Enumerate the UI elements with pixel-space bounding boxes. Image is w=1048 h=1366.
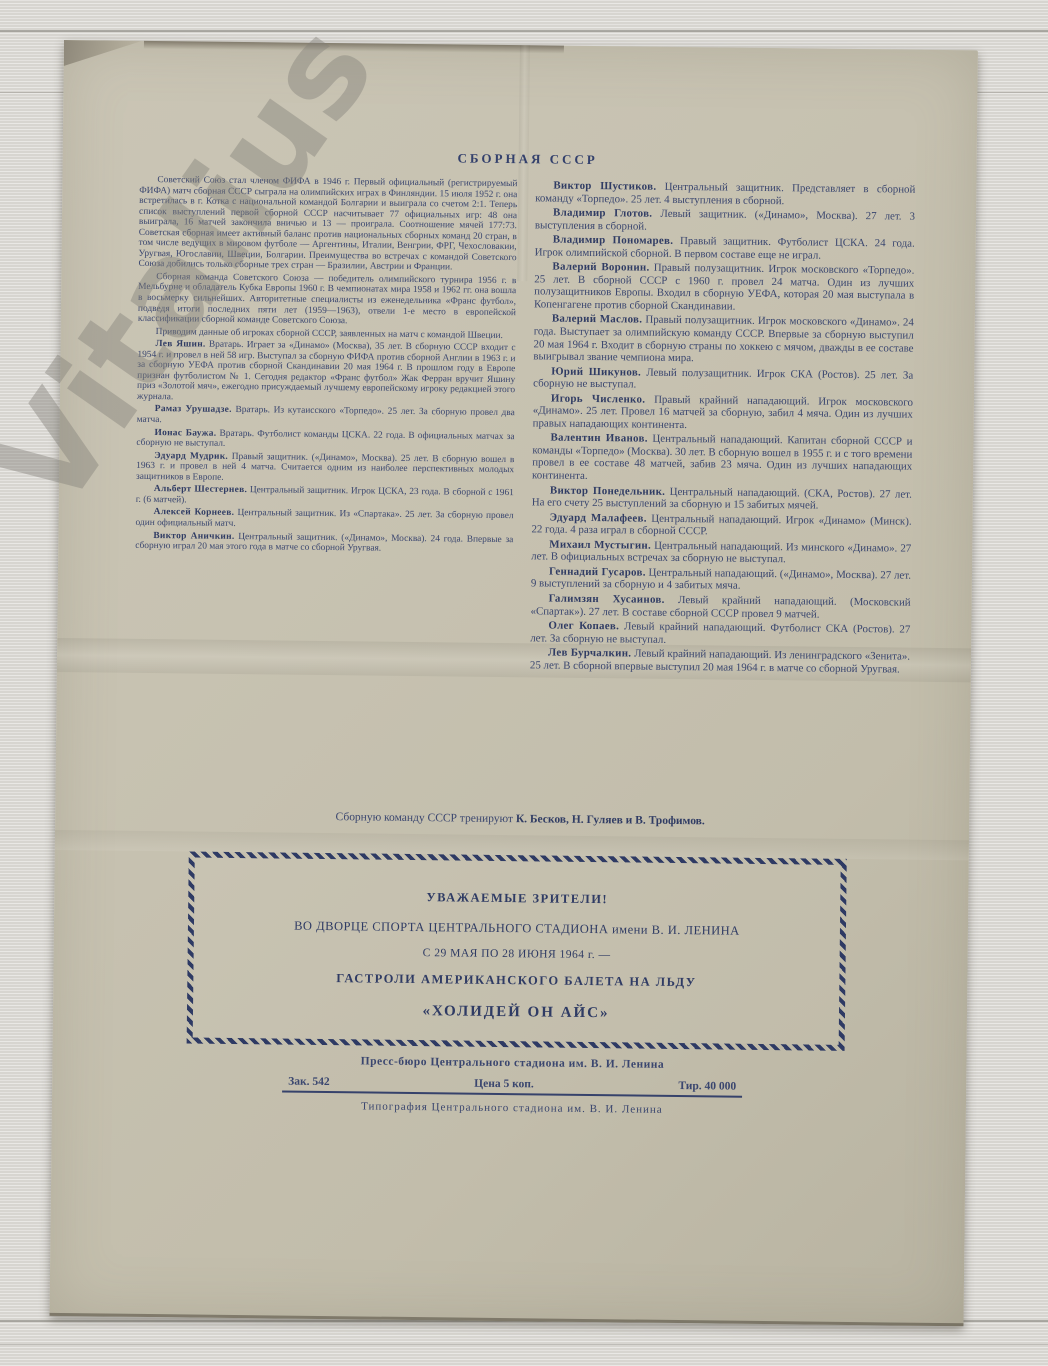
- circulation: Тир. 40 000: [678, 1080, 736, 1093]
- player-name: Виктор Шустиков.: [553, 180, 656, 193]
- photo-of-program: { "watermark": "Vitalius", "page": { "ti…: [0, 0, 1048, 1366]
- announcement-show-name: «ХОЛИДЕЙ ОН АЙС»: [193, 1001, 839, 1025]
- player-name: Валерий Воронин.: [552, 261, 649, 274]
- announcement-heading: УВАЖАЕМЫЕ ЗРИТЕЛИ!: [194, 888, 840, 910]
- announcement-venue: ВО ДВОРЦЕ СПОРТА ЦЕНТРАЛЬНОГО СТАДИОНА и…: [194, 918, 840, 940]
- surface-seam: [0, 1344, 1048, 1345]
- right-column: Виктор Шустиков. Центральный защитник. П…: [528, 179, 915, 835]
- player-name: Эдуард Мудрик.: [154, 451, 228, 462]
- player-name: Валерий Маслов.: [552, 313, 643, 326]
- player-entry: Михаил Мустыгин. Центральный нападающий.…: [531, 538, 911, 567]
- trainers-names: К. Бесков, Н. Гуляев и В. Трофимов.: [516, 813, 705, 827]
- paper-smudge: [144, 41, 564, 54]
- player-name: Альберт Шестернев.: [154, 484, 247, 495]
- player-entry: Лев Бурчалкин. Левый крайний нападающий.…: [530, 646, 910, 675]
- announcement-content: УВАЖАЕМЫЕ ЗРИТЕЛИ! ВО ДВОРЦЕ СПОРТА ЦЕНТ…: [193, 858, 841, 1045]
- order-number: Зак. 542: [288, 1076, 330, 1088]
- player-name: Виктор Аничкин.: [153, 531, 234, 542]
- imprint-row: Зак. 542 Цена 5 коп. Тир. 40 000: [282, 1076, 742, 1093]
- player-entry: Эдуард Малафеев. Центральный нападающий.…: [531, 511, 911, 540]
- player-entry: Олег Копаев. Левый крайний нападающий. Ф…: [530, 619, 910, 648]
- player-name: Лев Яшин.: [155, 339, 205, 350]
- player-name: Игорь Численко.: [551, 392, 645, 405]
- player-name: Валентин Иванов.: [550, 432, 647, 445]
- player-entry: Владимир Пономарев. Правый защитник. Фут…: [535, 234, 915, 263]
- player-name: Михаил Мустыгин.: [549, 538, 651, 551]
- press-bureau-line: Пресс-бюро Центрального стадиона им. В. …: [282, 1055, 742, 1072]
- player-entry: Юрий Шикунов. Левый полузащитник. Игрок …: [533, 365, 913, 394]
- player-name: Виктор Понедельник.: [550, 484, 665, 497]
- player-name: Владимир Глотов.: [553, 207, 652, 220]
- printer-line: Типография Центрального стадиона им. В. …: [282, 1100, 742, 1117]
- player-entry: Виктор Шустиков. Центральный защитник. П…: [535, 179, 915, 208]
- announcement-event: ГАСТРОЛИ АМЕРИКАНСКОГО БАЛЕТА НА ЛЬДУ: [193, 970, 839, 992]
- player-entry: Валерий Маслов. Правый полузащитник. Игр…: [533, 313, 914, 367]
- surface-seam: [0, 30, 1048, 32]
- player-name: Лев Бурчалкин.: [548, 647, 631, 660]
- player-entry: Рамаз Урушадзе. Вратарь. Из кутаисского …: [137, 404, 515, 429]
- player-name: Владимир Пономарев.: [553, 234, 674, 247]
- player-entry: Алексей Корнеев. Центральный защитник. И…: [135, 507, 513, 532]
- folded-corner: [64, 40, 142, 67]
- player-entry: Альберт Шестернев. Центральный защитник.…: [136, 484, 514, 509]
- player-name: Галимзян Хусаинов.: [549, 592, 665, 605]
- player-name: Эдуард Малафеев.: [550, 511, 647, 524]
- intro-paragraph: Сборная команда Советского Союза — побед…: [138, 272, 517, 329]
- player-entry: Лев Яшин. Вратарь. Играет за «Динамо» (М…: [137, 339, 516, 407]
- player-entry: Валентин Иванов. Центральный нападающий.…: [532, 432, 913, 486]
- player-entry: Владимир Глотов. Левый защитник. («Динам…: [535, 206, 915, 235]
- player-entry: Геннадий Гусаров. Центральный нападающий…: [531, 565, 911, 594]
- player-entry: Эдуард Мудрик. Правый защитник. («Динамо…: [136, 451, 514, 487]
- player-name: Олег Копаев.: [548, 620, 619, 633]
- player-name: Юрий Шикунов.: [551, 365, 641, 378]
- announcement-dates: С 29 МАЯ ПО 28 ИЮНЯ 1964 г. —: [194, 945, 840, 964]
- player-entry: Галимзян Хусаинов. Левый крайний нападаю…: [530, 592, 910, 621]
- player-entry: Игорь Численко. Правый крайний нападающи…: [533, 392, 913, 434]
- player-entry: Валерий Воронин. Правый полузащитник. Иг…: [534, 261, 915, 315]
- player-name: Алексей Корнеев.: [154, 507, 235, 518]
- announcement-box: УВАЖАЕМЫЕ ЗРИТЕЛИ! ВО ДВОРЦЕ СПОРТА ЦЕНТ…: [187, 851, 847, 1050]
- player-name: Ионас Баужа.: [154, 428, 216, 439]
- price: Цена 5 коп.: [474, 1078, 534, 1091]
- player-entry: Виктор Понедельник. Центральный нападающ…: [532, 484, 912, 513]
- player-name: Геннадий Гусаров.: [549, 565, 646, 578]
- player-name: Рамаз Урушадзе.: [155, 405, 232, 416]
- imprint: Пресс-бюро Центрального стадиона им. В. …: [282, 1055, 743, 1117]
- player-entry: Ионас Баужа. Вратарь. Футболист команды …: [136, 427, 514, 452]
- left-column: Советский Союз стал членом ФИФА в 1946 г…: [132, 175, 517, 827]
- intro-paragraph: Советский Союз стал членом ФИФА в 1946 г…: [138, 175, 517, 274]
- player-entry: Виктор Аничкин. Центральный защитник. («…: [135, 530, 513, 555]
- program-page: СБОРНАЯ СССР Советский Союз стал членом …: [50, 40, 978, 1326]
- trainers-prefix: Сборную команду СССР тренируют: [335, 811, 513, 825]
